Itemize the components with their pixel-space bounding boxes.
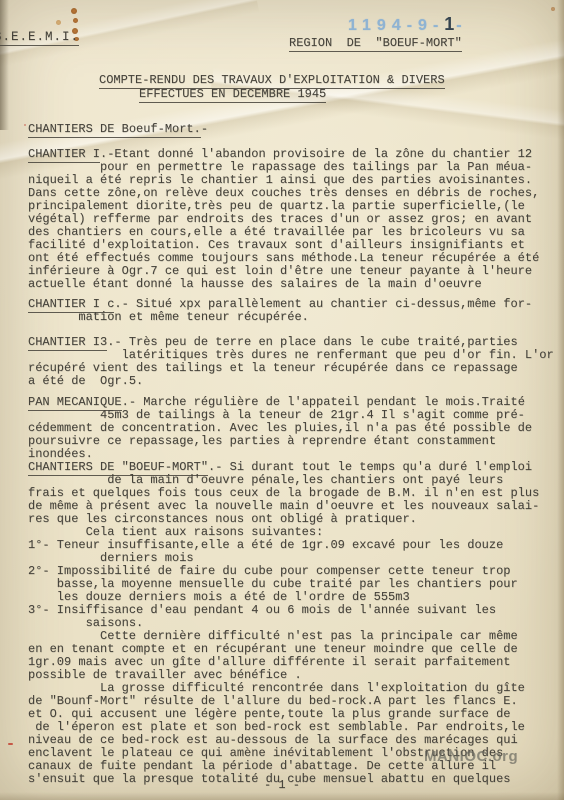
text-segment: res que les circonstances nous ont oblig… xyxy=(28,512,417,526)
scan-edge-shadow xyxy=(0,0,9,130)
text-segment: en en tenant compte et en récupérant une… xyxy=(28,642,518,656)
text-segment: actuelle étant donné la hausse des salai… xyxy=(28,277,482,291)
text-segment: mation et même teneur récupérée. xyxy=(78,310,308,324)
text-segment: 45m3 de tailings à la teneur de 21gr.4 I… xyxy=(100,408,525,422)
text-segment: poursuivre ce repassage,les parties à re… xyxy=(28,434,496,448)
text-segment: Cela tient aux raisons suivantes: xyxy=(86,525,324,539)
text-segment: .- Marche régulière de l'appateil pendan… xyxy=(122,395,525,409)
paragraph: CHANTIER I3.- Très peu de terre en place… xyxy=(28,336,558,388)
text-segment: inférieure à Ogr.7 ce qui est loin d'êtr… xyxy=(28,264,532,278)
text-segment: de la main d'oeuvre pénale,les chantiers… xyxy=(107,473,503,487)
text-segment: .- Si durant tout le temps qu'a duré l'e… xyxy=(208,460,532,474)
text-segment: niqueil a été repris le chantier 1 ainsi… xyxy=(28,173,532,187)
text-segment: des chantiers en cours,elle a été travai… xyxy=(28,225,525,239)
paragraph: La grosse difficulté rencontrée dans l'e… xyxy=(28,682,558,786)
text-segment: de "Bounf-Mort" résulte de l'allure du b… xyxy=(28,694,518,708)
text-segment: 2°- Impossibilité de faire du cube pour … xyxy=(28,564,510,578)
text-segment: cédemment de concentration. Avec les plu… xyxy=(28,421,532,435)
text-line: a été de Ogr.5. xyxy=(28,375,558,388)
rust-stain xyxy=(73,18,78,23)
text-segment: Cette dernière difficulté n'est pas la p… xyxy=(100,629,518,643)
text-segment: 3°- Insiffisance d'eau pendant 4 ou 6 mo… xyxy=(28,603,496,617)
paragraph: Cette dernière difficulté n'est pas la p… xyxy=(28,630,558,682)
text-segment: facilité d'exploitation. Ces travaux son… xyxy=(28,238,525,252)
text-segment: .- Situé xpx parallèlement au chantier c… xyxy=(114,297,532,311)
rust-stain xyxy=(551,7,555,11)
text-segment: La grosse difficulté rencontrée dans l'e… xyxy=(100,681,525,695)
paragraph: PAN MECANIQUE.- Marche régulière de l'ap… xyxy=(28,396,558,461)
text-segment: niveau de ce bed-rock est au-dessous de … xyxy=(28,733,518,747)
archive-stamp-number: 1194-9-1- xyxy=(348,14,468,35)
paragraph: 1°- Teneur insuffisante,elle a été de 1g… xyxy=(28,539,558,630)
page-number: - 1 - xyxy=(0,778,564,792)
stamp-number: 1194-9- xyxy=(348,17,444,34)
paragraph: CHANTIERS DE "BOEUF-MORT".- Si durant to… xyxy=(28,461,558,539)
scan-edge-shadow xyxy=(557,0,564,800)
rust-stain xyxy=(56,20,61,25)
text-segment: pour en permettre le rapassage des taili… xyxy=(100,160,532,174)
text-line: mation et même teneur récupérée. xyxy=(28,311,558,324)
text-segment: de même à présent avec la nouvelle main … xyxy=(28,499,539,513)
text-segment: .- Très peu de terre en place dans le cu… xyxy=(107,335,517,349)
text-segment: saisons. xyxy=(86,616,144,630)
text-segment: - xyxy=(201,122,208,136)
scan-edge-shadow xyxy=(0,792,564,800)
text-segment: a été de Ogr.5. xyxy=(28,374,143,388)
paragraph: CHANTIERS DE Boeuf-Mort.- xyxy=(28,123,558,136)
underlined-heading-text: CHANTIER I xyxy=(28,147,100,163)
document-body: CHANTIERS DE Boeuf-Mort.-CHANTIER I.-Eta… xyxy=(28,123,558,786)
text-segment: 1gr.09 mais avec un gîte d'allure différ… xyxy=(28,655,510,669)
document-title-line-2: EFFECTUES EN DECEMBRE 1945 xyxy=(139,87,326,103)
stamp-tail-dash: - xyxy=(456,17,467,34)
paragraph: CHANTIER I c.- Situé xpx parallèlement a… xyxy=(28,298,558,324)
scanned-document-page: S.E.E.M.I. 1194-9-1- REGION DE "BOEUF-MO… xyxy=(0,0,564,800)
stamp-bold-digit: 1 xyxy=(444,14,456,34)
text-segment: récupéré vient des tailings et la teneur… xyxy=(28,361,518,375)
underlined-heading-text: CHANTIER I3 xyxy=(28,335,107,351)
ink-speck xyxy=(8,743,13,745)
ink-speck xyxy=(24,124,26,126)
paragraph: CHANTIER I.-Etant donné l'abandon provis… xyxy=(28,148,558,291)
text-segment: basse,la moyenne mensuelle du cube trait… xyxy=(57,577,518,591)
text-segment: et O. qui accusent une légère pente,tout… xyxy=(28,707,510,721)
rust-stain xyxy=(71,8,77,14)
text-segment: principalement diorite,très peu de quart… xyxy=(28,199,525,213)
organization-name: S.E.E.M.I. xyxy=(0,30,79,46)
text-line: CHANTIERS DE Boeuf-Mort.- xyxy=(28,123,558,136)
text-segment: 1°- Teneur insuffisante,elle a été de 1g… xyxy=(28,538,503,552)
text-segment: frais et quelques fois tous ceux de la b… xyxy=(28,486,539,500)
watermark: MANIOC.org xyxy=(424,748,518,765)
text-line: poursuivre ce repassage,les parties à re… xyxy=(28,435,558,448)
text-segment: Dans cette zône,on relève deux couches t… xyxy=(28,186,539,200)
text-segment: latéritiques très dures ne renfermant qu… xyxy=(122,348,554,362)
text-segment: ont été effectués comme toujours sans mé… xyxy=(28,251,539,265)
text-segment: végétal) refferme par endroits des trace… xyxy=(28,212,532,226)
text-segment: possible de travailler avec bénéfice . xyxy=(28,668,302,682)
text-segment: .-Etant donné l'abandon provisoire de la… xyxy=(100,147,532,161)
text-segment: inondées. xyxy=(28,447,93,461)
text-segment: derniers mois xyxy=(100,551,194,565)
text-segment: de l'éperon est plate et son bed-rock es… xyxy=(35,720,525,734)
region-line: REGION DE "BOEUF-MORT" xyxy=(289,36,462,52)
underlined-heading-text: CHANTIERS DE Boeuf-Mort. xyxy=(28,122,201,138)
text-segment: les douze derniers mois a été de l'ordre… xyxy=(57,590,410,604)
text-line: actuelle étant donné la hausse des salai… xyxy=(28,278,558,291)
